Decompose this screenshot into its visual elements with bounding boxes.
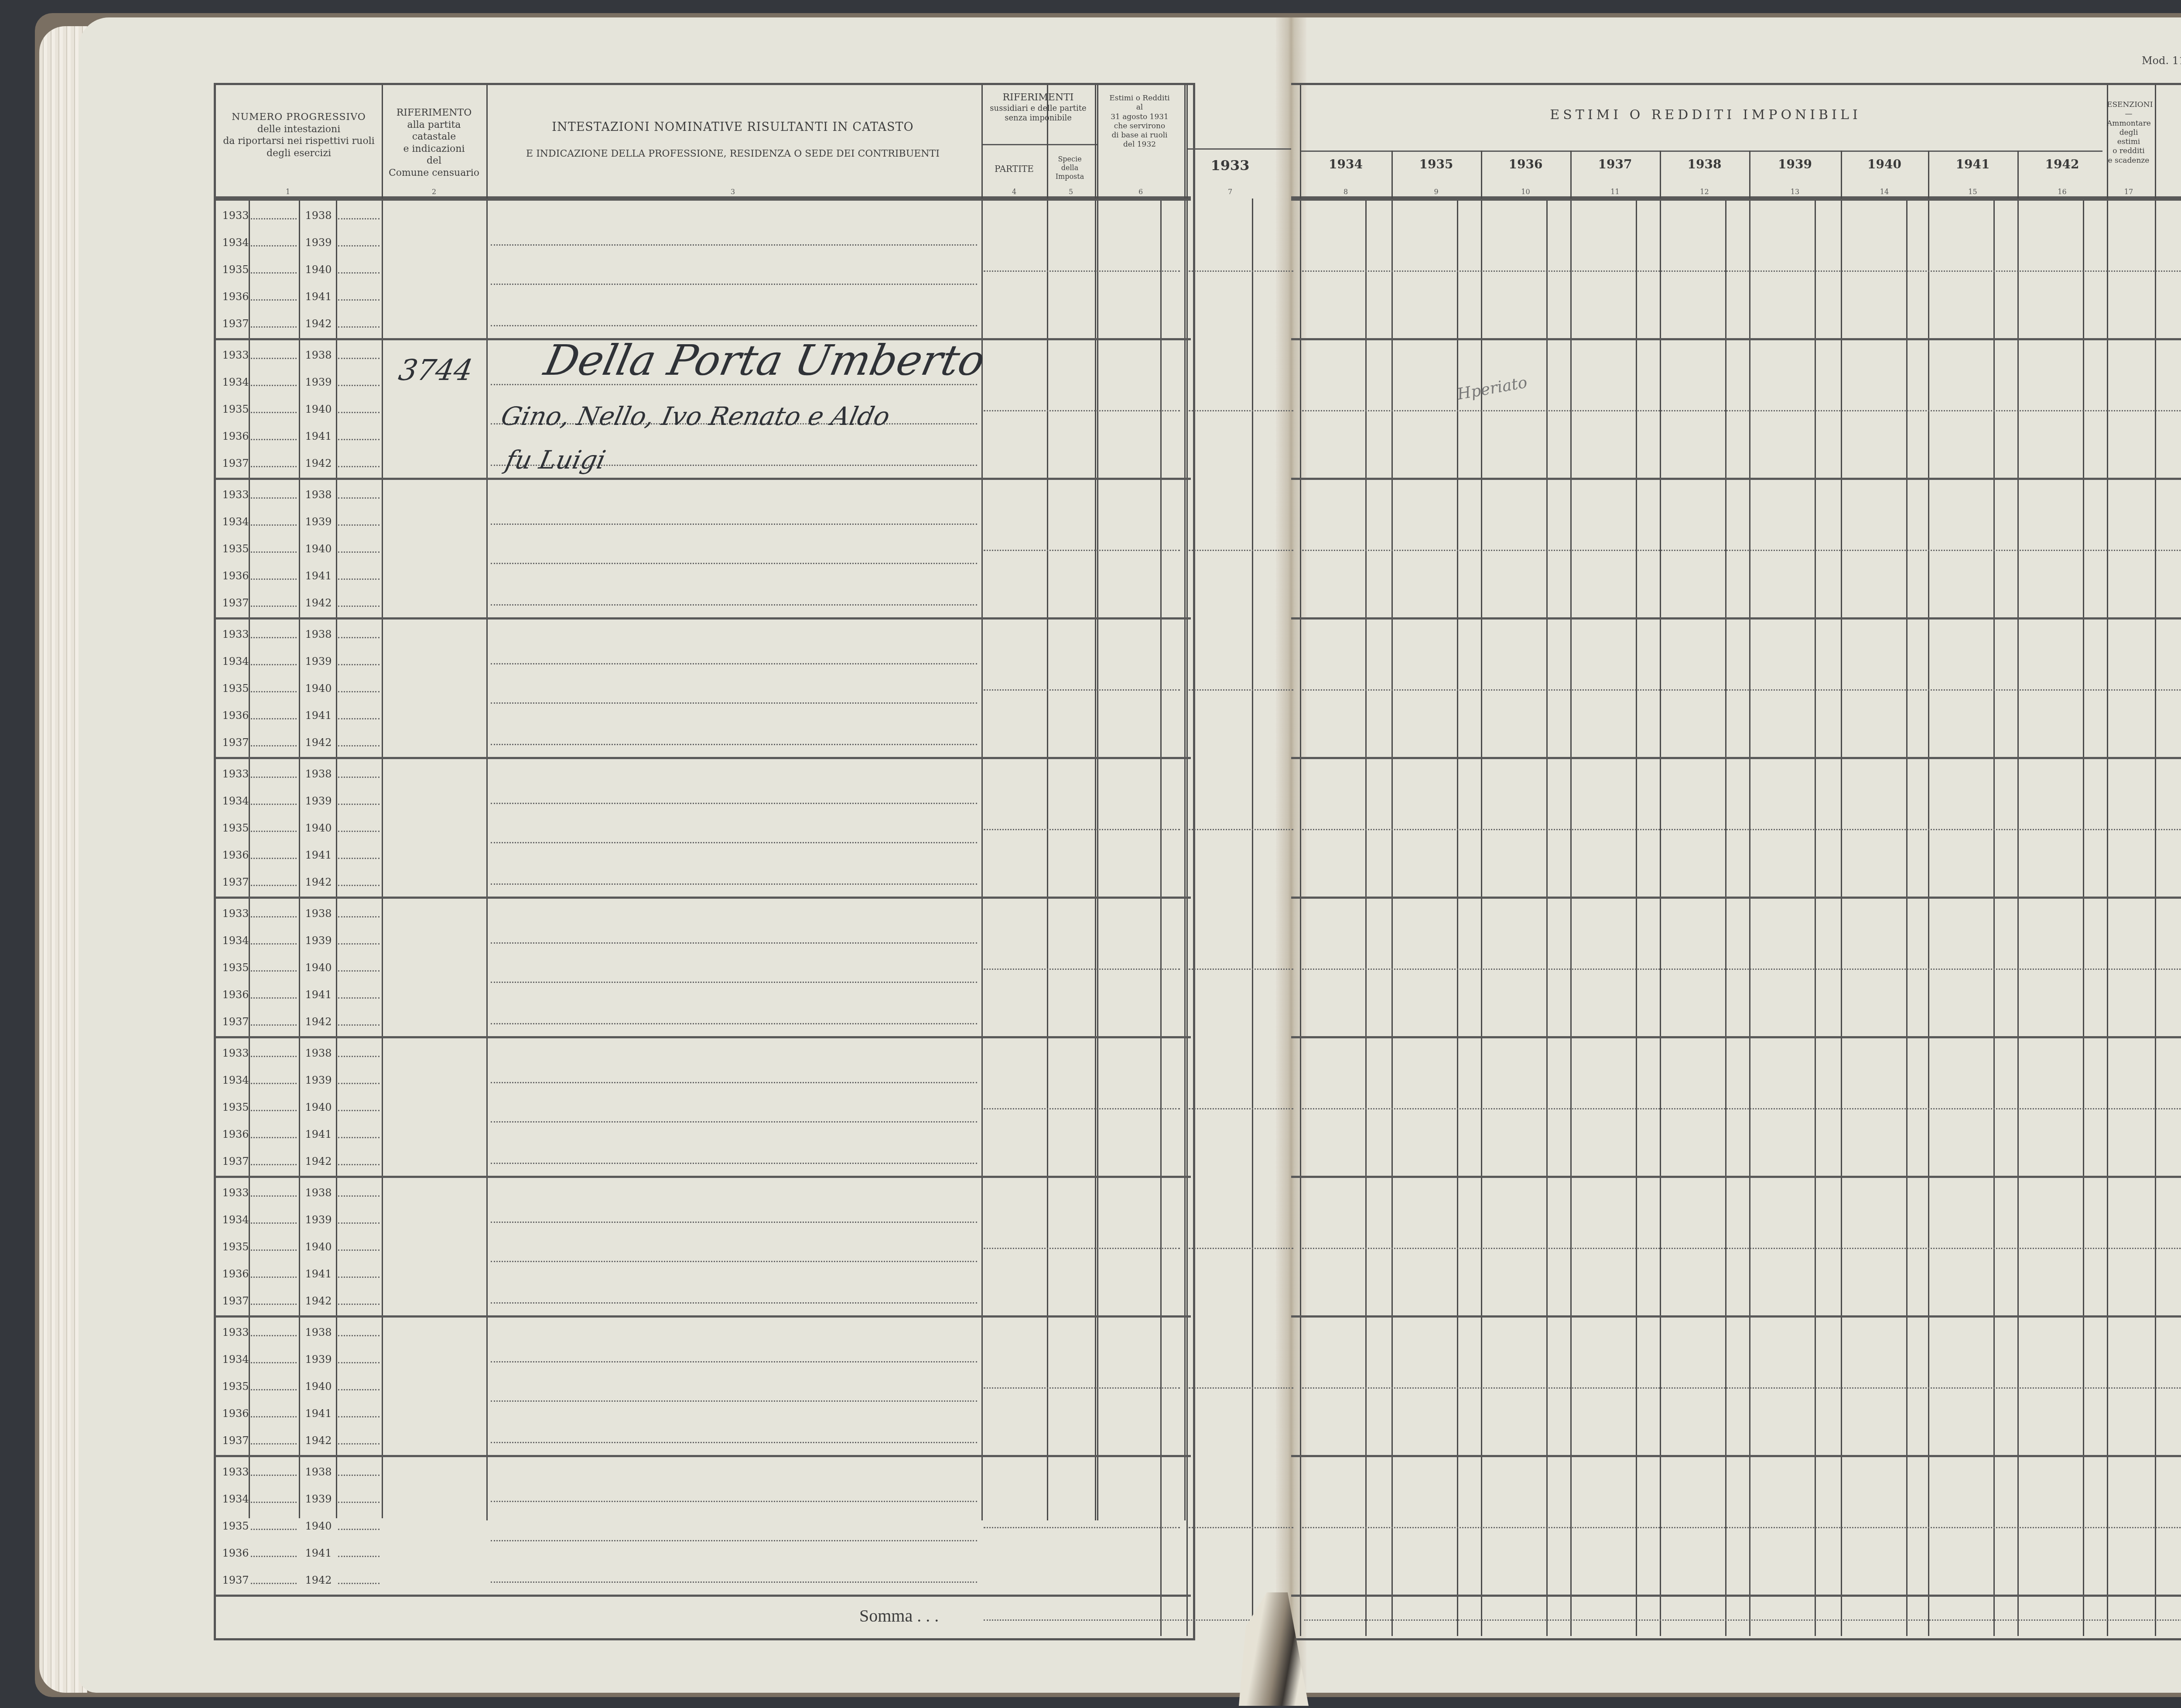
year-label: 1938 [303,768,334,780]
year-label: 1935 [220,403,251,415]
column-divider [1097,85,1098,1520]
dotted-guide [338,1362,379,1363]
dotted-guide [338,358,379,359]
header-specie-line: Imposta [1047,172,1093,181]
header-col17: ESENZIONI — Ammontare degli estimi o red… [2107,100,2150,165]
year-label: 1942 [303,318,334,330]
year-label: 1939 [303,1074,334,1086]
block-separator [1291,1455,2181,1457]
dotted-guide [251,1556,297,1557]
column-divider [299,199,300,1518]
year-label: 1939 [303,1214,334,1226]
dotted-guide [251,943,297,945]
column-divider [486,85,488,199]
year-label: 1937 [220,1155,251,1167]
year-label: 1940 [303,682,334,695]
dotted-guide [251,385,297,386]
year-label: 1939 [303,795,334,807]
colnum-14: 14 [1841,188,1928,196]
column-divider [1841,151,1842,1636]
block-separator [216,1455,1191,1457]
header-col6-line: che servirono [1097,122,1182,131]
column-divider [1300,85,1301,1636]
column-divider [1660,151,1661,1636]
year-label: 1940 [303,264,334,276]
year-label: 1934 [220,1214,251,1226]
header-col17-line: o redditi [2107,147,2150,156]
dotted-guide [251,272,297,274]
dotted-guide [491,842,977,843]
dotted-guide [338,1416,379,1417]
header-col17-line: degli estimi [2107,128,2150,147]
dotted-guide [251,1083,297,1084]
year-label: 1936 [220,430,251,442]
dotted-guide [251,1110,297,1111]
dotted-guide [984,829,1180,830]
block-separator [1291,1036,2181,1038]
colnum-7: 7 [1221,188,1239,196]
header-col1: NUMERO PROGRESSIVO delle intestazioni da… [216,111,382,159]
year-label: 1933 [220,628,251,640]
dotted-guide [338,1529,379,1530]
column-subdivider [1546,199,1548,1636]
dotted-guide [338,916,379,917]
dotted-guide [984,1108,1180,1109]
colnum-8: 8 [1300,188,1391,196]
year-label: 1939 [303,376,334,388]
header-col17-title: ESENZIONI [2107,100,2150,110]
dotted-guide [251,804,297,805]
year-header-1933: 1933 [1186,157,1274,174]
dotted-guide [251,1222,297,1224]
dotted-guide [1189,1108,1293,1109]
dotted-guide [251,218,297,219]
dotted-guide [251,466,297,467]
block-separator [216,1036,1191,1038]
dotted-guide [984,1527,1180,1528]
year-label: 1940 [303,822,334,834]
dotted-guide [251,777,297,778]
year-label: 1933 [220,907,251,920]
colnum-9: 9 [1391,188,1481,196]
column-subdivider [1906,199,1908,1636]
year-label: 1942 [303,736,334,749]
dotted-guide [1189,1248,1293,1249]
column-subdivider [1457,199,1458,1636]
column-subdivider [1636,199,1637,1636]
header-specie-line: della [1047,164,1093,172]
year-label: 1934 [220,376,251,388]
year-header-1938: 1938 [1660,157,1749,171]
year-label: 1934 [220,1074,251,1086]
year-label: 1935 [220,1241,251,1253]
dotted-guide [491,1261,977,1262]
year-label: 1941 [303,430,334,442]
dotted-guide [491,744,977,745]
form-title-main: Mod. 111 - Imposte Dirette [2142,55,2181,67]
dotted-guide [338,777,379,778]
colnum-15: 15 [1928,188,2017,196]
year-label: 1941 [303,1407,334,1420]
dotted-guide [491,604,977,606]
dotted-guide [1302,1527,2181,1528]
year-label: 1941 [303,849,334,861]
header-col6-line: 31 agosto 1931 [1097,113,1182,122]
dotted-guide [251,358,297,359]
dotted-guide [338,1137,379,1138]
header-col6-line: al [1097,103,1182,112]
year-label: 1938 [303,1187,334,1199]
dotted-guide [338,439,379,440]
year-label: 1942 [303,876,334,888]
dotted-guide [338,1304,379,1305]
dotted-guide [338,385,379,386]
column-divider [336,199,337,1518]
dotted-guide [251,1137,297,1138]
column-divider [1481,151,1482,1636]
header-col1-line: degli esercizi [216,147,382,160]
subheader-line [1186,148,1291,150]
column-divider [1391,151,1393,1636]
block-separator [1291,478,2181,480]
year-label: 1935 [220,543,251,555]
header-col6-line: del 1932 [1097,140,1182,149]
year-label: 1941 [303,709,334,722]
year-label: 1938 [303,349,334,361]
dotted-guide [251,1056,297,1057]
column-divider [981,85,983,1520]
year-label: 1933 [220,1047,251,1059]
year-label: 1942 [303,1295,334,1307]
dotted-guide [251,885,297,886]
year-label: 1941 [303,570,334,582]
dotted-guide [338,218,379,219]
year-label: 1937 [220,1434,251,1447]
year-label: 1938 [303,1466,334,1478]
year-label: 1937 [220,876,251,888]
entry-name-line-1[interactable]: Della Porta Umberto [540,336,989,385]
dotted-guide [984,1248,1180,1249]
year-label: 1934 [220,795,251,807]
year-label: 1935 [220,682,251,695]
dotted-guide [338,970,379,972]
year-label: 1940 [303,403,334,415]
dotted-guide [338,691,379,692]
year-label: 1942 [303,457,334,469]
dotted-guide [491,325,977,326]
dotted-guide [251,916,297,917]
year-label: 1941 [303,291,334,303]
dotted-guide [491,1400,977,1402]
column-divider [1095,85,1096,1520]
dotted-guide [491,803,977,804]
block-separator [1291,338,2181,340]
dotted-guide [251,1389,297,1390]
year-label: 1941 [303,1128,334,1140]
colnum-6: 6 [1132,188,1149,196]
year-label: 1939 [303,516,334,528]
colnum-4: 4 [1005,188,1023,196]
year-label: 1937 [220,318,251,330]
dotted-guide [491,702,977,704]
block-separator [1291,757,2181,759]
dotted-guide [338,1110,379,1111]
dotted-guide [338,745,379,746]
dotted-guide [251,497,297,499]
dotted-guide [251,1443,297,1444]
dotted-guide [251,245,297,246]
dotted-guide [491,1121,977,1123]
year-label: 1936 [220,989,251,1001]
dotted-guide [338,718,379,719]
year-label: 1940 [303,1101,334,1113]
year-label: 1939 [303,1353,334,1366]
year-label: 1941 [303,1547,334,1559]
header-col45-title: RIFERIMENTI [981,92,1095,104]
dotted-guide [251,1529,297,1530]
dotted-guide [338,1024,379,1026]
colnum-17: 17 [2120,188,2137,196]
dotted-guide [338,466,379,467]
dotted-guide [1302,689,2181,691]
dotted-guide [1189,550,1293,551]
year-label: 1940 [303,1380,334,1393]
dotted-guide [491,563,977,564]
header-col18-title: ANNOTAZIONI [2172,131,2181,144]
year-label: 1933 [220,1187,251,1199]
colnum-1: 1 [279,188,297,196]
column-divider [1186,85,1188,1636]
dotted-guide [338,1335,379,1336]
dotted-guide [251,326,297,328]
dotted-guide [338,1195,379,1197]
dotted-guide [338,831,379,832]
dotted-guide [338,997,379,999]
year-header-1937: 1937 [1570,157,1660,171]
year-label: 1936 [220,1547,251,1559]
dotted-guide [251,831,297,832]
dotted-guide [1189,270,1293,272]
dotted-guide [251,1362,297,1363]
dotted-guide [491,883,977,885]
dotted-guide [338,1389,379,1390]
dotted-guide [338,1164,379,1165]
column-subdivider [1725,199,1726,1636]
year-label: 1939 [303,655,334,667]
year-label: 1939 [303,1493,334,1505]
column-divider [1928,151,1929,1636]
block-separator [1291,199,2181,201]
column-divider [486,85,488,1520]
year-label: 1933 [220,349,251,361]
year-label: 1937 [220,1016,251,1028]
entry-name-line-2[interactable]: Gino, Nello, Ivo Renato e Aldo [499,401,892,431]
year-label: 1938 [303,907,334,920]
block-separator [216,1315,1191,1318]
dotted-guide [338,804,379,805]
dotted-guide [1189,1527,1293,1528]
dotted-guide [251,1502,297,1503]
year-label: 1940 [303,543,334,555]
header-col1-title: NUMERO PROGRESSIVO [216,111,382,123]
dotted-guide [338,606,379,607]
column-subdivider [1993,199,1995,1636]
dotted-guide [251,412,297,413]
column-divider [1749,151,1750,1636]
dotted-guide [338,1083,379,1084]
dotted-guide [491,524,977,525]
year-label: 1934 [220,1353,251,1366]
dotted-guide [1189,689,1293,691]
dotted-guide [984,550,1180,551]
year-label: 1935 [220,1520,251,1532]
dotted-guide [338,1277,379,1278]
dotted-guide [251,664,297,665]
block-separator [216,617,1191,620]
year-label: 1938 [303,1047,334,1059]
somma-label: Somma . . . [859,1605,939,1626]
year-label: 1935 [220,1380,251,1393]
dotted-guide [1302,550,2181,551]
dotted-guide [338,885,379,886]
dotted-guide [984,1619,1289,1621]
column-subdivider [1815,199,1816,1636]
header-col2-line: e indicazioni [384,143,484,155]
dotted-guide [251,1024,297,1026]
dotted-guide [338,664,379,665]
year-label: 1940 [303,962,334,974]
year-label: 1938 [303,209,334,222]
block-separator [1291,1315,2181,1318]
dotted-guide [251,1335,297,1336]
header-specie-line: Specie [1047,155,1093,164]
year-header-1935: 1935 [1391,157,1481,171]
year-label: 1933 [220,768,251,780]
year-label: 1933 [220,1466,251,1478]
year-label: 1942 [303,1574,334,1586]
block-separator [216,1176,1191,1178]
dotted-guide [338,858,379,859]
entry-partita-number[interactable]: 3744 [396,353,475,387]
year-label: 1942 [303,1434,334,1447]
year-label: 1934 [220,934,251,947]
header-col2-line: Comune censuario [384,167,484,179]
dotted-guide [251,637,297,638]
block-separator [216,199,1191,201]
dotted-guide [1189,829,1293,830]
dotted-guide [251,551,297,553]
year-label: 1939 [303,236,334,249]
dotted-guide [1189,410,1293,411]
year-label: 1937 [220,457,251,469]
dotted-guide [984,410,1180,411]
header-col1-line: delle intestazioni [216,123,382,136]
year-label: 1936 [220,1407,251,1420]
header-col1-line: da riportarsi nei rispettivi ruoli [216,135,382,147]
column-divider [2017,151,2019,1636]
dotted-guide [251,578,297,580]
dotted-guide [491,942,977,944]
dotted-guide [1302,270,2181,272]
dotted-guide [491,982,977,983]
year-label: 1934 [220,236,251,249]
year-label: 1934 [220,655,251,667]
header-col6-line: di base ai ruoli [1097,131,1182,140]
year-label: 1936 [220,1128,251,1140]
dotted-guide [251,524,297,526]
right-table-frame [1291,83,2181,1640]
dotted-guide [251,1475,297,1476]
dotted-guide [984,1387,1180,1389]
column-divider [2107,85,2108,1636]
dotted-guide [491,1302,977,1304]
column-divider [1252,199,1253,1636]
year-label: 1939 [303,934,334,947]
column-subdivider [1365,199,1367,1636]
dotted-guide [338,1556,379,1557]
dotted-guide [251,997,297,999]
dotted-guide [251,299,297,301]
dotted-guide [338,299,379,301]
column-divider [1160,199,1162,1636]
colnum-12: 12 [1660,188,1749,196]
dotted-guide [491,1581,977,1583]
dotted-guide [338,1222,379,1224]
dotted-guide [491,1163,977,1164]
year-label: 1937 [220,1295,251,1307]
dotted-guide [251,1249,297,1251]
dotted-guide [251,439,297,440]
year-label: 1933 [220,489,251,501]
dotted-guide [338,524,379,526]
header-col2-title: RIFERIMENTO [384,107,484,119]
year-label: 1933 [220,209,251,222]
header-col45: RIFERIMENTI sussidiari e delle partite s… [981,92,1095,123]
entry-name-line-3[interactable]: fu Luigi [503,445,608,475]
dotted-guide [491,1023,977,1024]
header-partite: PARTITE [981,164,1047,175]
colnum-13: 13 [1749,188,1841,196]
header-col17-line: Ammontare [2107,119,2150,128]
column-divider [2155,85,2156,1636]
header-col6-line: Estimi o Redditi [1097,94,1182,103]
year-label: 1935 [220,962,251,974]
year-label: 1938 [303,628,334,640]
column-divider [382,199,383,1518]
header-col45-line: senza imponibile [981,113,1095,123]
year-label: 1942 [303,1155,334,1167]
dotted-guide [251,858,297,859]
dotted-guide [338,637,379,638]
year-label: 1934 [220,516,251,528]
dotted-guide [491,284,977,285]
dotted-guide [1302,410,2181,411]
colnum-16: 16 [2017,188,2107,196]
column-divider [1184,85,1186,1520]
year-label: 1937 [220,736,251,749]
dotted-guide [1302,1387,2181,1389]
dotted-guide [491,1442,977,1443]
column-subdivider [2083,199,2084,1636]
subheader-line [1300,151,2102,152]
year-label: 1933 [220,1326,251,1338]
year-label: 1935 [220,1101,251,1113]
dotted-guide [491,244,977,246]
year-header-1934: 1934 [1300,157,1391,171]
year-label: 1935 [220,822,251,834]
colnum-2: 2 [425,188,443,196]
dotted-guide [338,578,379,580]
